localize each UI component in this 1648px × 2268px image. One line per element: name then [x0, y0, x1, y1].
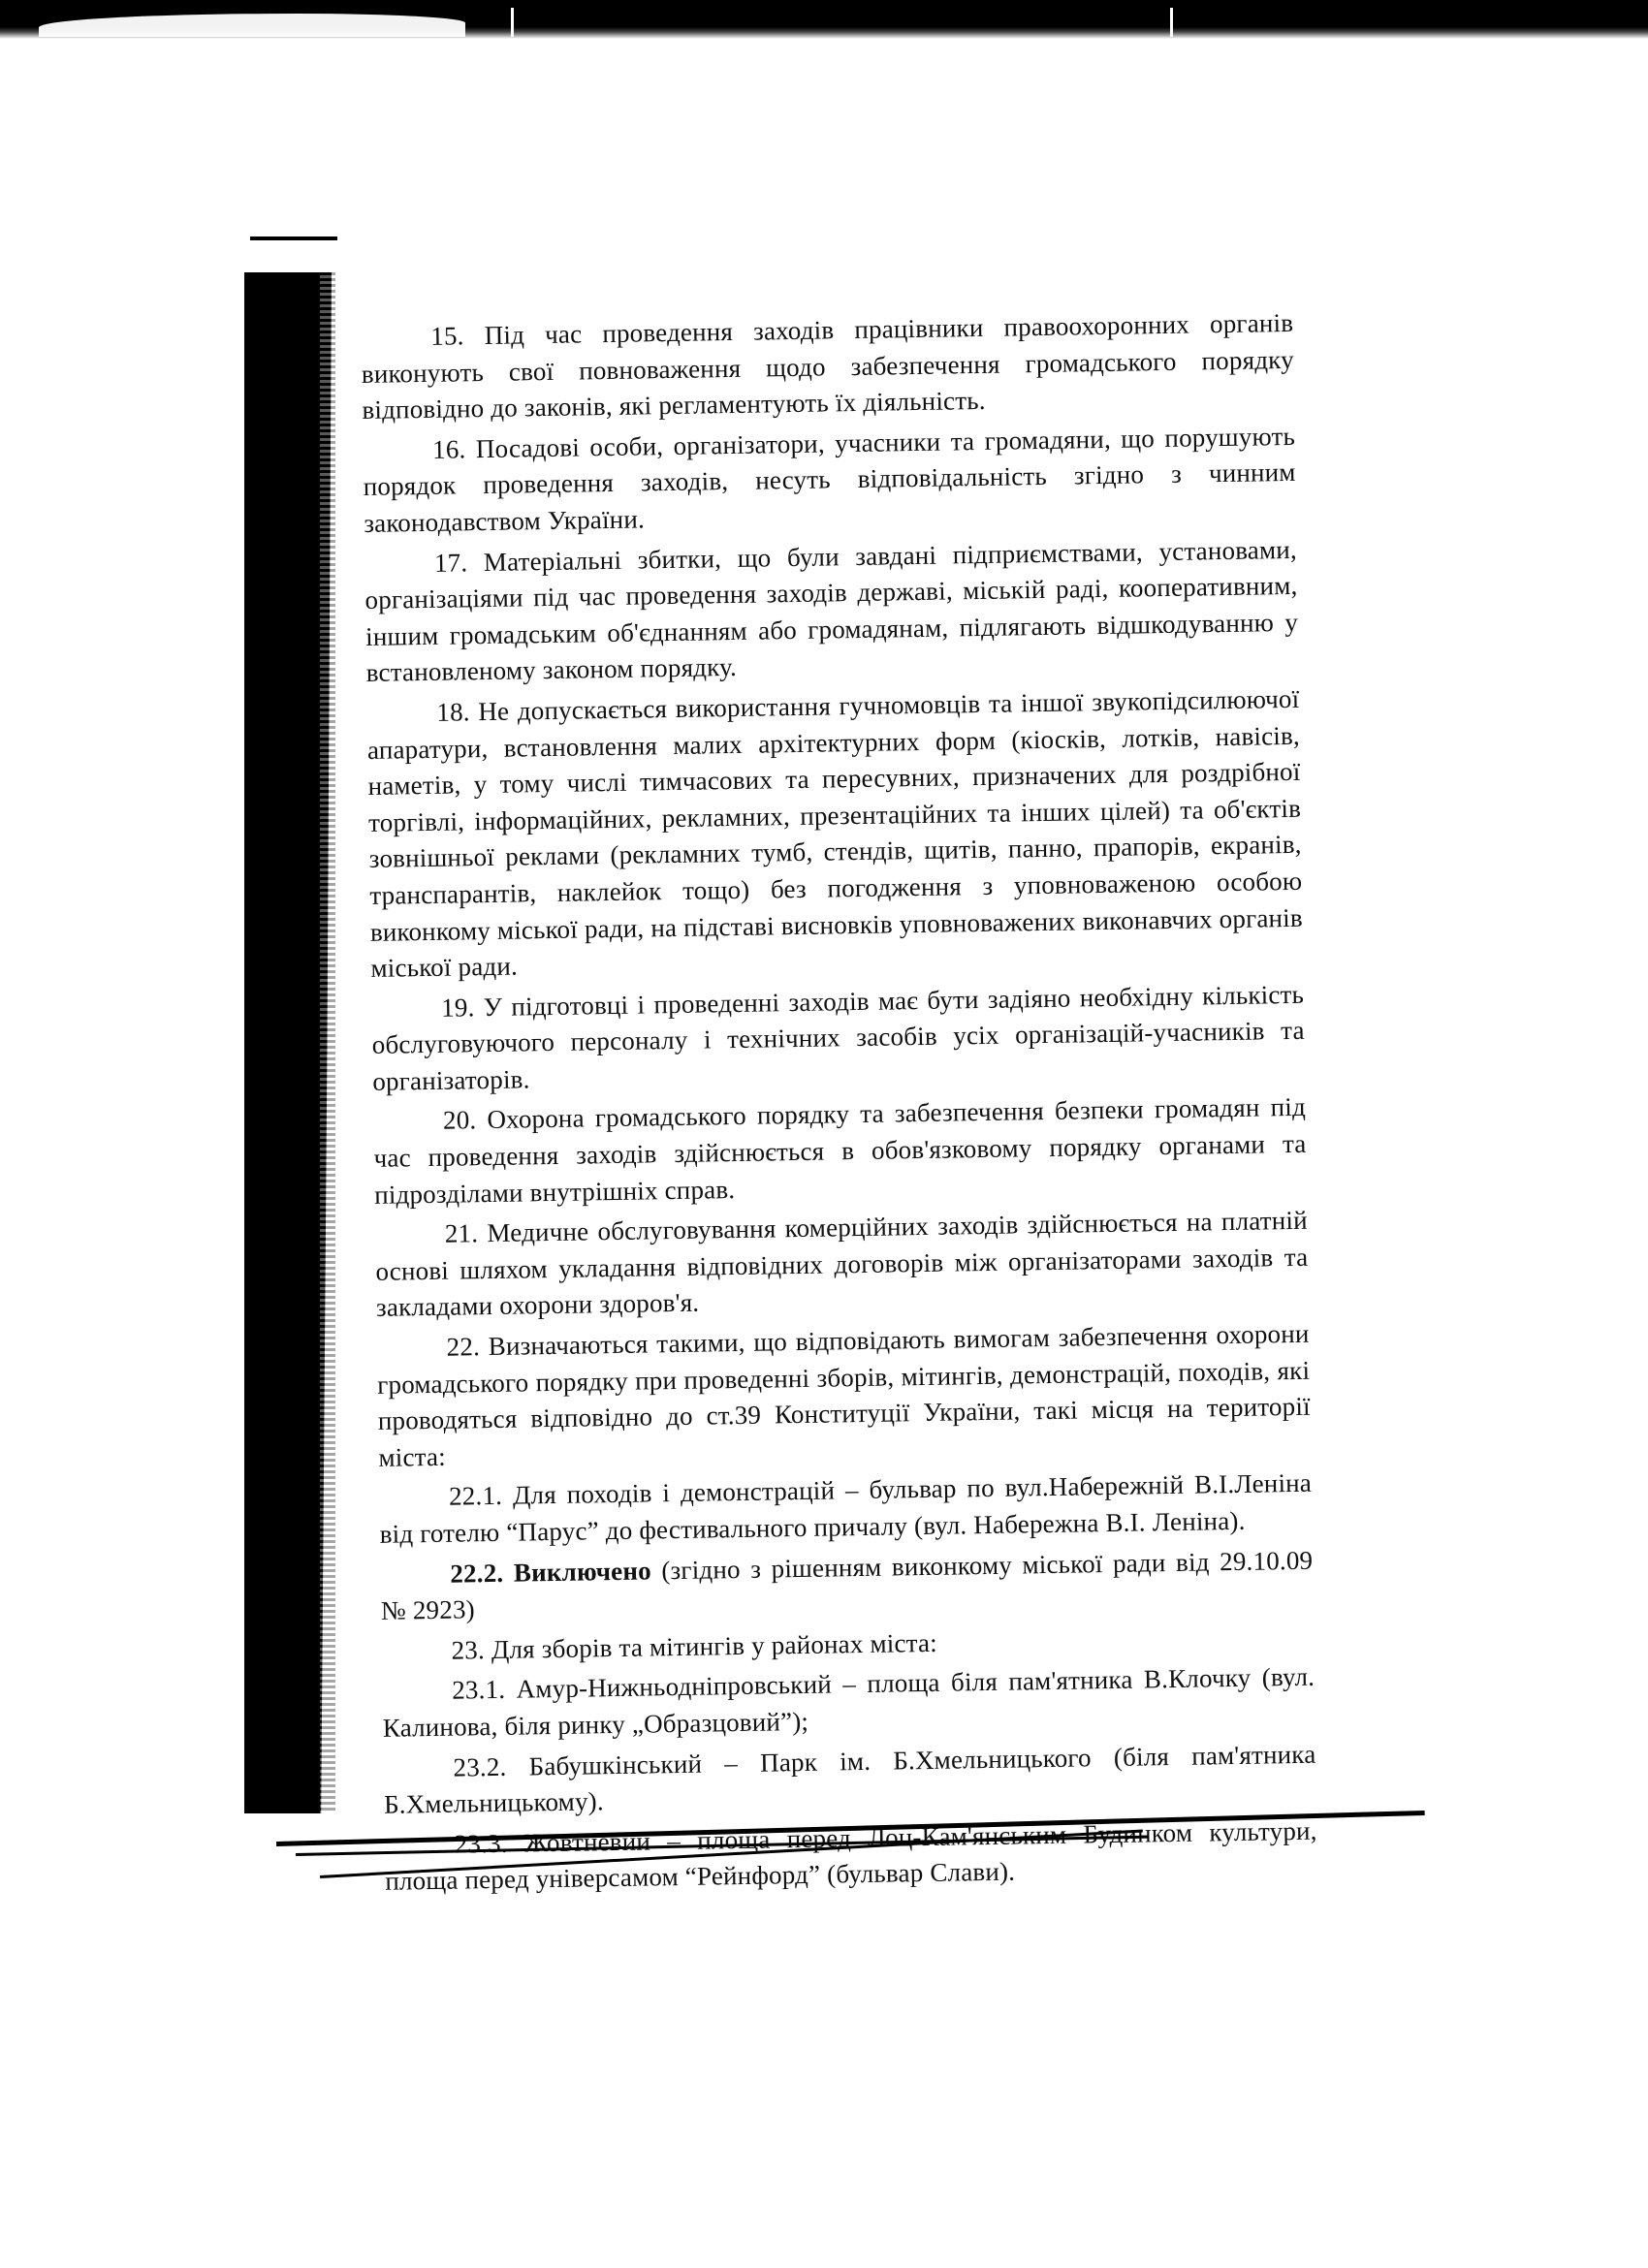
paragraph-number: 15. [430, 321, 464, 351]
paragraph-text: Охорона громадського порядку та забезпеч… [373, 1092, 1306, 1209]
paragraph-16: 16. Посадові особи, організатори, учасни… [363, 419, 1297, 543]
paragraph-text: Медичне обслуговування комерційних заход… [375, 1206, 1308, 1322]
paragraph-17: 17. Матеріальні збитки, що були завдані … [364, 531, 1299, 691]
paragraph-number: 22.1. [449, 1481, 502, 1511]
paragraph-number: 19. [441, 992, 475, 1023]
paragraph-number: 23.3. [454, 1829, 507, 1859]
paragraph-number: 22. [446, 1332, 480, 1362]
paragraph-15: 15. Під час проведення заходів працівник… [361, 305, 1295, 429]
scan-tick-mark [511, 8, 514, 37]
paragraph-23-1: 23.1. Амур-Нижньодніпровський – площа бі… [382, 1659, 1315, 1747]
paragraph-text: У підготовці і проведенні заходів має бу… [372, 979, 1305, 1095]
paragraph-text: Бабушкінський – Парк ім. Б.Хмельницького… [384, 1739, 1316, 1819]
paragraph-text: Амур-Нижньодніпровський – площа біля пам… [383, 1662, 1315, 1743]
paragraph-21: 21. Медичне обслуговування комерційних з… [375, 1203, 1310, 1327]
paragraph-number: 16. [432, 434, 466, 464]
paragraph-number: 17. [434, 548, 468, 578]
scan-left-bar-edge [320, 272, 335, 1813]
scan-left-shadow-bar [244, 272, 332, 1813]
paragraph-text: Посадові особи, організатори, учасники т… [363, 422, 1295, 538]
paragraph-text: Під час проведення заходів працівники пр… [362, 308, 1294, 425]
excluded-label: Виключено [514, 1556, 651, 1587]
paragraph-19: 19. У підготовці і проведенні заходів ма… [371, 976, 1306, 1100]
paragraph-text: Не допускається використання гучномовців… [367, 684, 1303, 983]
paragraph-number: 21. [445, 1218, 479, 1248]
scan-short-rule [250, 236, 337, 240]
paragraph-text: Для походів і демонстрацій – бульвар по … [379, 1468, 1312, 1549]
paragraph-text: Для зборів та мітингів у районах міста: [491, 1628, 937, 1664]
paragraph-number: 18. [436, 697, 470, 727]
scan-tick-mark [1170, 8, 1173, 37]
paragraph-22: 22. Визначаються такими, що відповідають… [376, 1316, 1311, 1476]
paragraph-20: 20. Охорона громадського порядку та забе… [373, 1089, 1308, 1213]
paragraph-number: 23.1. [452, 1675, 505, 1705]
paragraph-number: 23. [451, 1635, 485, 1665]
paragraph-22-2: 22.2. Виключено (згідно з рішенням викон… [380, 1542, 1314, 1629]
paragraph-18: 18. Не допускається використання гучномо… [366, 681, 1304, 988]
paragraph-text: Матеріальні збитки, що були завдані підп… [364, 534, 1298, 687]
document-body: 15. Під час проведення заходів працівник… [361, 305, 1317, 1901]
paragraph-number: 20. [443, 1106, 477, 1136]
paragraph-text: Визначаються такими, що відповідають вим… [377, 1319, 1311, 1472]
paragraph-number: 23.2. [453, 1751, 506, 1781]
paragraph-number: 22.2. [450, 1558, 503, 1588]
paragraph-23-2: 23.2. Бабушкінський – Парк ім. Б.Хмельни… [383, 1736, 1316, 1823]
paragraph-22-1: 22.1. Для походів і демонстрацій – бульв… [379, 1465, 1313, 1553]
